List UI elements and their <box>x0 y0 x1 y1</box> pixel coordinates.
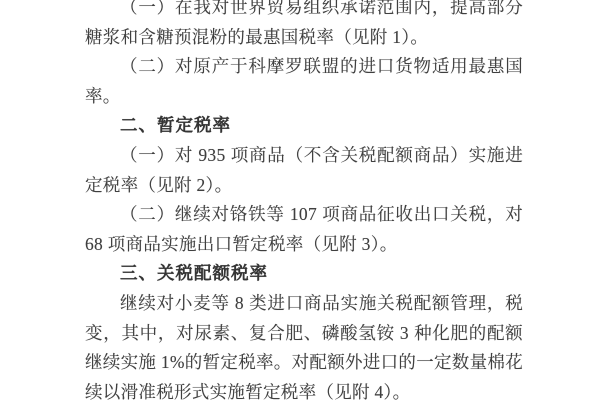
paragraph-line: （二）继续对铬铁等 107 项商品征收出口关税，对其中 <box>85 200 523 230</box>
paragraph-line: （一）对 935 项商品（不含关税配额商品）实施进口暂 <box>85 141 523 171</box>
document-page: （一）在我对世界贸易组织承诺范围内，提高部分进口 糖浆和含糖预混粉的最惠国税率（… <box>85 0 523 400</box>
paragraph-line: 糖浆和含糖预混粉的最惠国税率（见附 1）。 <box>85 23 523 53</box>
paragraph-line: 变，其中，对尿素、复合肥、磷酸氢铵 3 种化肥的配额税率 <box>85 319 523 349</box>
section-heading-provisional-rates: 二、暂定税率 <box>85 111 523 141</box>
paragraph-line: （二）对原产于科摩罗联盟的进口货物适用最惠国税 <box>85 52 523 82</box>
section-heading-tariff-quota-rates: 三、关税配额税率 <box>85 259 523 289</box>
paragraph-line: 68 项商品实施出口暂定税率（见附 3）。 <box>85 230 523 260</box>
paragraph-line: 率。 <box>85 82 523 112</box>
paragraph-line: 继续实施 1%的暂定税率。对配额外进口的一定数量棉花继 <box>85 348 523 378</box>
paragraph-line: 继续对小麦等 8 类进口商品实施关税配额管理，税率不 <box>85 289 523 319</box>
paragraph-line: 定税率（见附 2）。 <box>85 171 523 201</box>
paragraph-line: （一）在我对世界贸易组织承诺范围内，提高部分进口 <box>85 0 523 23</box>
paragraph-line: 续以滑准税形式实施暂定税率（见附 4）。 <box>85 378 523 400</box>
